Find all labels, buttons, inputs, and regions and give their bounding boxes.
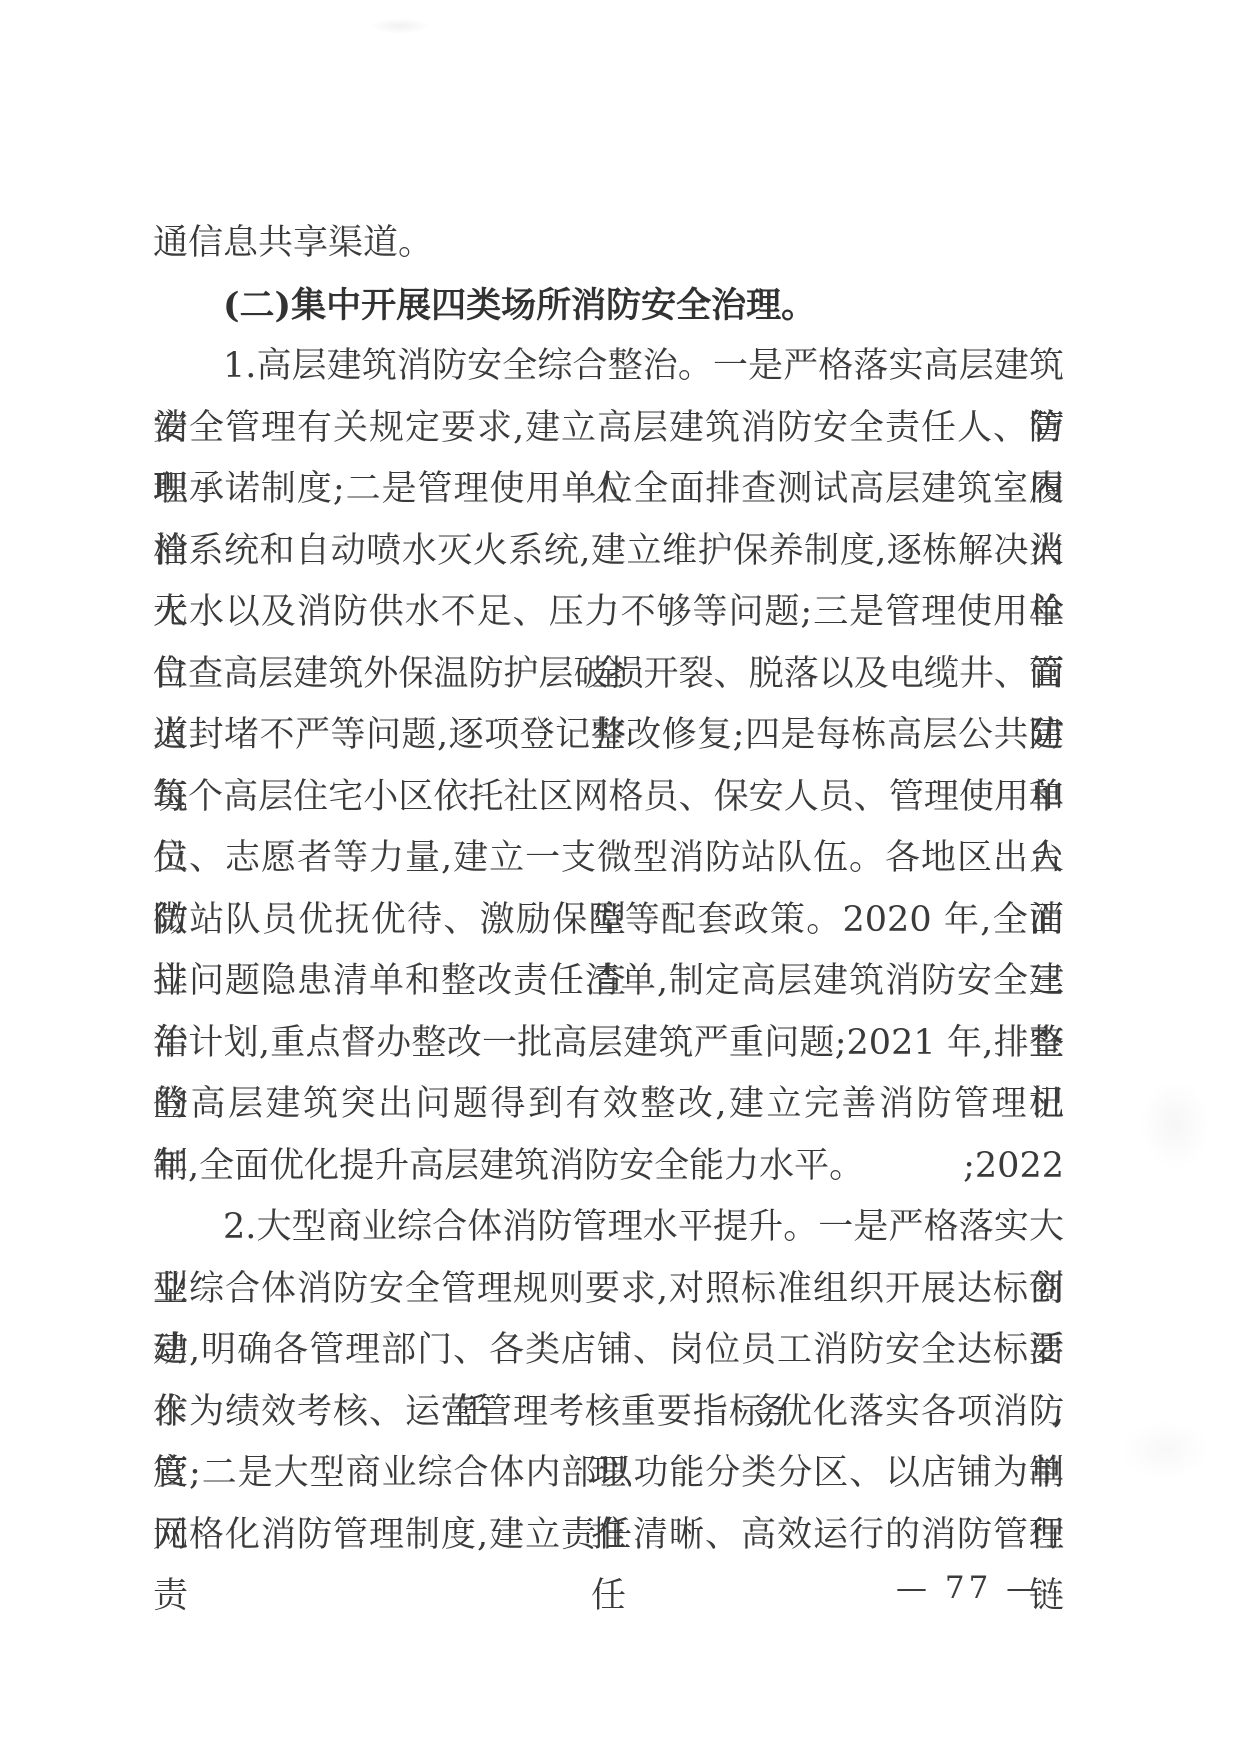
text-line: 每个高层住宅小区依托社区网格员、保安人员、管理使用单位人 <box>153 767 1064 829</box>
page-number: — 77 — <box>896 1568 1040 1608</box>
document-page: 通信息共享渠道。(二)集中开展四类场所消防安全治理。1.高层建筑消防安全综合整治… <box>0 0 1239 1752</box>
text-line: 安全管理有关规定要求,建立高层建筑消防安全责任人、管理人履 <box>153 398 1064 460</box>
scan-artifact <box>1120 1420 1210 1480</box>
text-line: 1.高层建筑消防安全综合整治。一是严格落实高层建筑消防 <box>153 336 1064 398</box>
text-line: 作为绩效考核、运营管理考核重要指标,优化落实各项消防管理制 <box>153 1382 1064 1444</box>
text-line: 治计划,重点督办整改一批高层建筑严重问题;2021 年,排查登记 <box>153 1013 1064 1075</box>
text-line: 栓系统和自动喷水灭火系统,建立维护保养制度,逐栋解决消火栓 <box>153 521 1064 583</box>
text-line: 立问题隐患清单和整改责任清单,制定高层建筑消防安全三年整 <box>153 951 1064 1013</box>
text-line: 火封堵不严等问题,逐项登记整改修复;四是每栋高层公共建筑和 <box>153 705 1064 767</box>
text-line: 网格化消防管理制度,建立责任清晰、高效运行的消防管理责任链 <box>153 1505 1064 1567</box>
text-line: 2.大型商业综合体消防管理水平提升。一是严格落实大型商 <box>153 1197 1064 1259</box>
text-line: 职承诺制度;二是管理使用单位全面排查测试高层建筑室内消火 <box>153 459 1064 521</box>
text-line: 度;二是大型商业综合体内部以功能分类分区、以店铺为单元推行 <box>153 1443 1064 1505</box>
text-line: 动,明确各管理部门、各类店铺、岗位员工消防安全达标要求任务, <box>153 1320 1064 1382</box>
text-line: 无水以及消防供水不足、压力不够等问题;三是管理使用单位全面 <box>153 582 1064 644</box>
text-line: 的高层建筑突出问题得到有效整改,建立完善消防管理机制;2022 <box>153 1074 1064 1136</box>
text-line: 员、志愿者等力量,建立一支微型消防站队伍。各地区出台微型消 <box>153 828 1064 890</box>
text-line: 通信息共享渠道。 <box>153 213 1064 275</box>
text-line: 业综合体消防安全管理规则要求,对照标准组织开展达标创建活 <box>153 1259 1064 1321</box>
scan-artifact <box>1140 1080 1210 1170</box>
text-line: 防站队员优抚优待、激励保障等配套政策。2020 年,全面排查建 <box>153 890 1064 952</box>
text-block: 通信息共享渠道。(二)集中开展四类场所消防安全治理。1.高层建筑消防安全综合整治… <box>153 213 1064 1566</box>
text-line: 自查高层建筑外保温防护层破损开裂、脱落以及电缆井、管道井防 <box>153 644 1064 706</box>
scan-artifact <box>370 18 430 34</box>
section-heading: (二)集中开展四类场所消防安全治理。 <box>153 275 1064 337</box>
